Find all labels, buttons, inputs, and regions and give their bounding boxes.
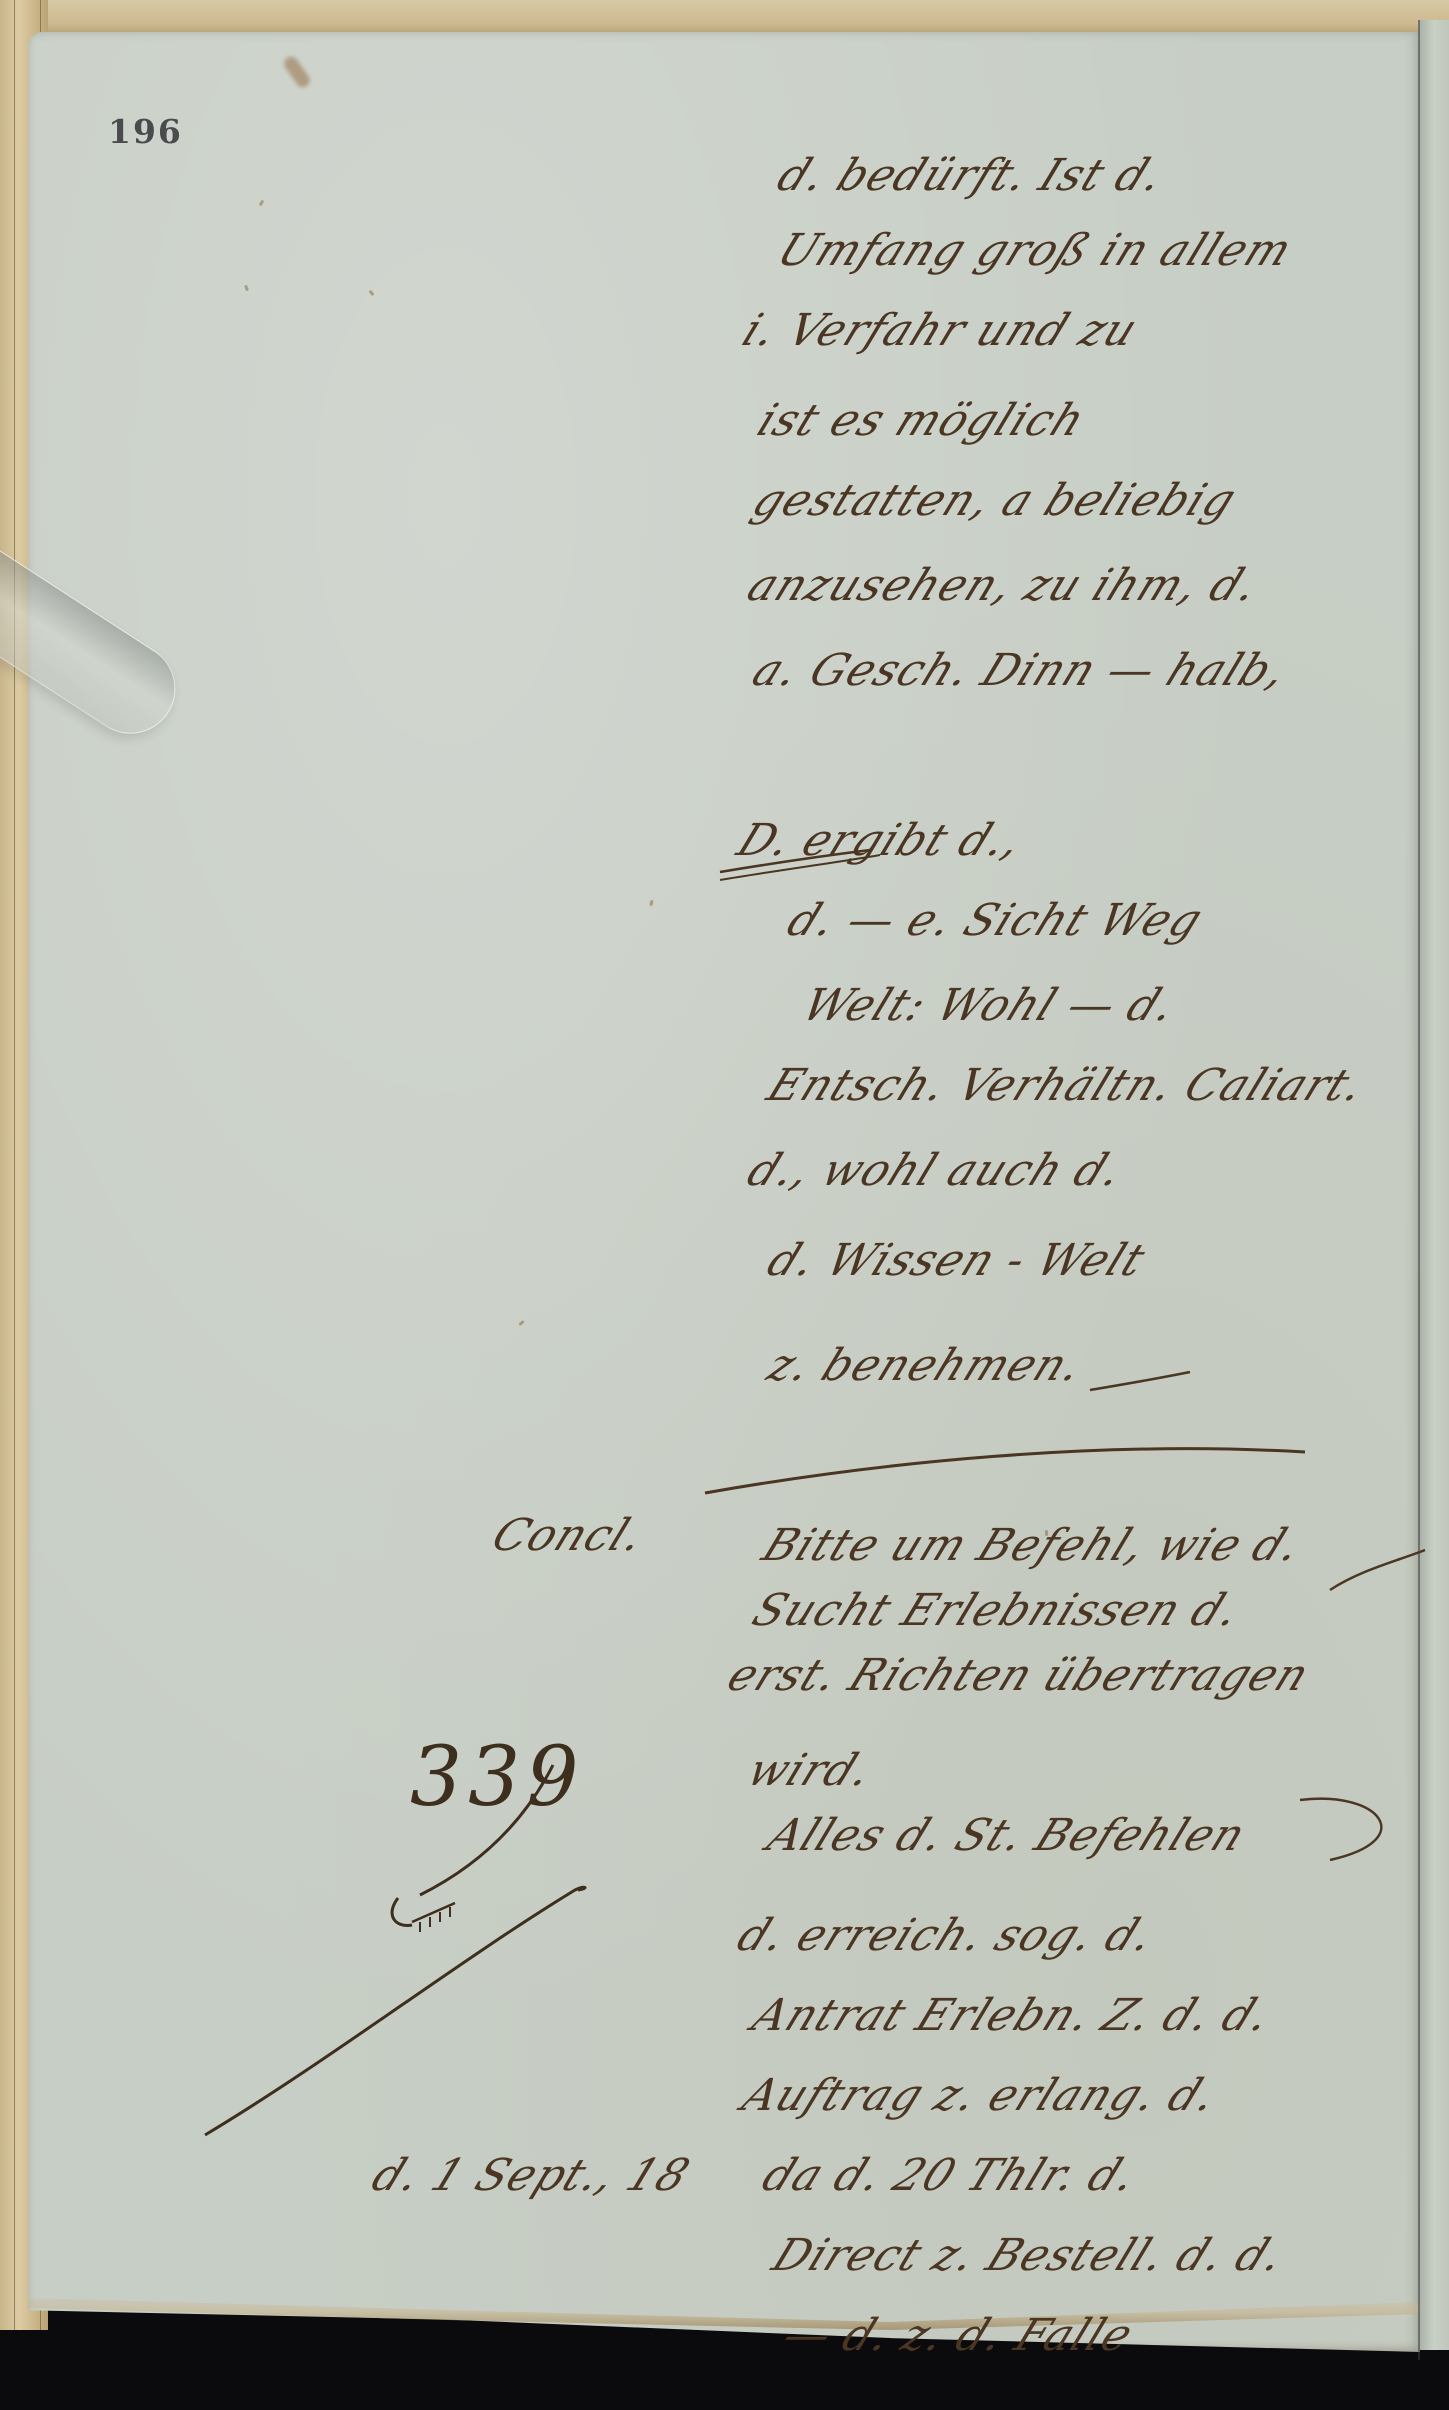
body-line: d. Wissen - Welt: [760, 1235, 1153, 1286]
body-line: Umfang groß in allem: [770, 225, 1300, 276]
body-line: Auftrag z. erlang. d.: [735, 2070, 1225, 2121]
body-line: d. erreich. sog. d.: [730, 1910, 1162, 1961]
body-line: — d. z. d. Falle: [775, 2310, 1141, 2361]
body-line: anzusehen, zu ihm, d.: [740, 560, 1267, 611]
body-line: d. — e. Sicht Weg: [780, 895, 1210, 946]
folio-number-stamp: 196: [108, 112, 183, 151]
margin-note-date: d. 1 Sept., 18: [365, 2150, 698, 2201]
body-line: Bitte um Befehl, wie d.: [755, 1520, 1309, 1571]
body-line: Alles d. St. Befehlen: [760, 1810, 1254, 1861]
body-line: Antrat Erlebn. Z. d. d.: [745, 1990, 1279, 2041]
body-line: gestatten, a beliebig: [745, 475, 1244, 526]
body-line: Entsch. Verhältn. Caliart.: [760, 1060, 1373, 1111]
margin-note-concl: Concl.: [485, 1510, 653, 1561]
manuscript-scan: 196 d. bedürft. Ist d. Umfang groß in al…: [0, 0, 1449, 2410]
body-line: D. ergibt d.,: [730, 815, 1031, 866]
body-line: a. Gesch. Dinn — halb,: [745, 645, 1295, 696]
body-line: wird.: [740, 1745, 881, 1796]
body-line: ist es möglich: [750, 395, 1093, 446]
margin-number: 339: [410, 1730, 585, 1825]
underlying-page-edge: [1419, 20, 1449, 2350]
body-line: d. bedürft. Ist d.: [770, 150, 1172, 201]
body-line: erst. Richten übertragen: [720, 1650, 1317, 1701]
body-line: Sucht Erlebnissen d.: [745, 1585, 1248, 1636]
body-line: Welt: Wohl — d.: [795, 980, 1184, 1031]
body-line: z. benehmen.: [760, 1340, 1091, 1391]
body-line: da d. 20 Thlr. d.: [755, 2150, 1145, 2201]
body-line: Direct z. Bestell. d. d.: [765, 2230, 1293, 2281]
gutter-fold: [1418, 20, 1420, 2360]
body-line: i. Verfahr und zu: [735, 305, 1146, 356]
body-line: d., wohl auch d.: [740, 1145, 1131, 1196]
